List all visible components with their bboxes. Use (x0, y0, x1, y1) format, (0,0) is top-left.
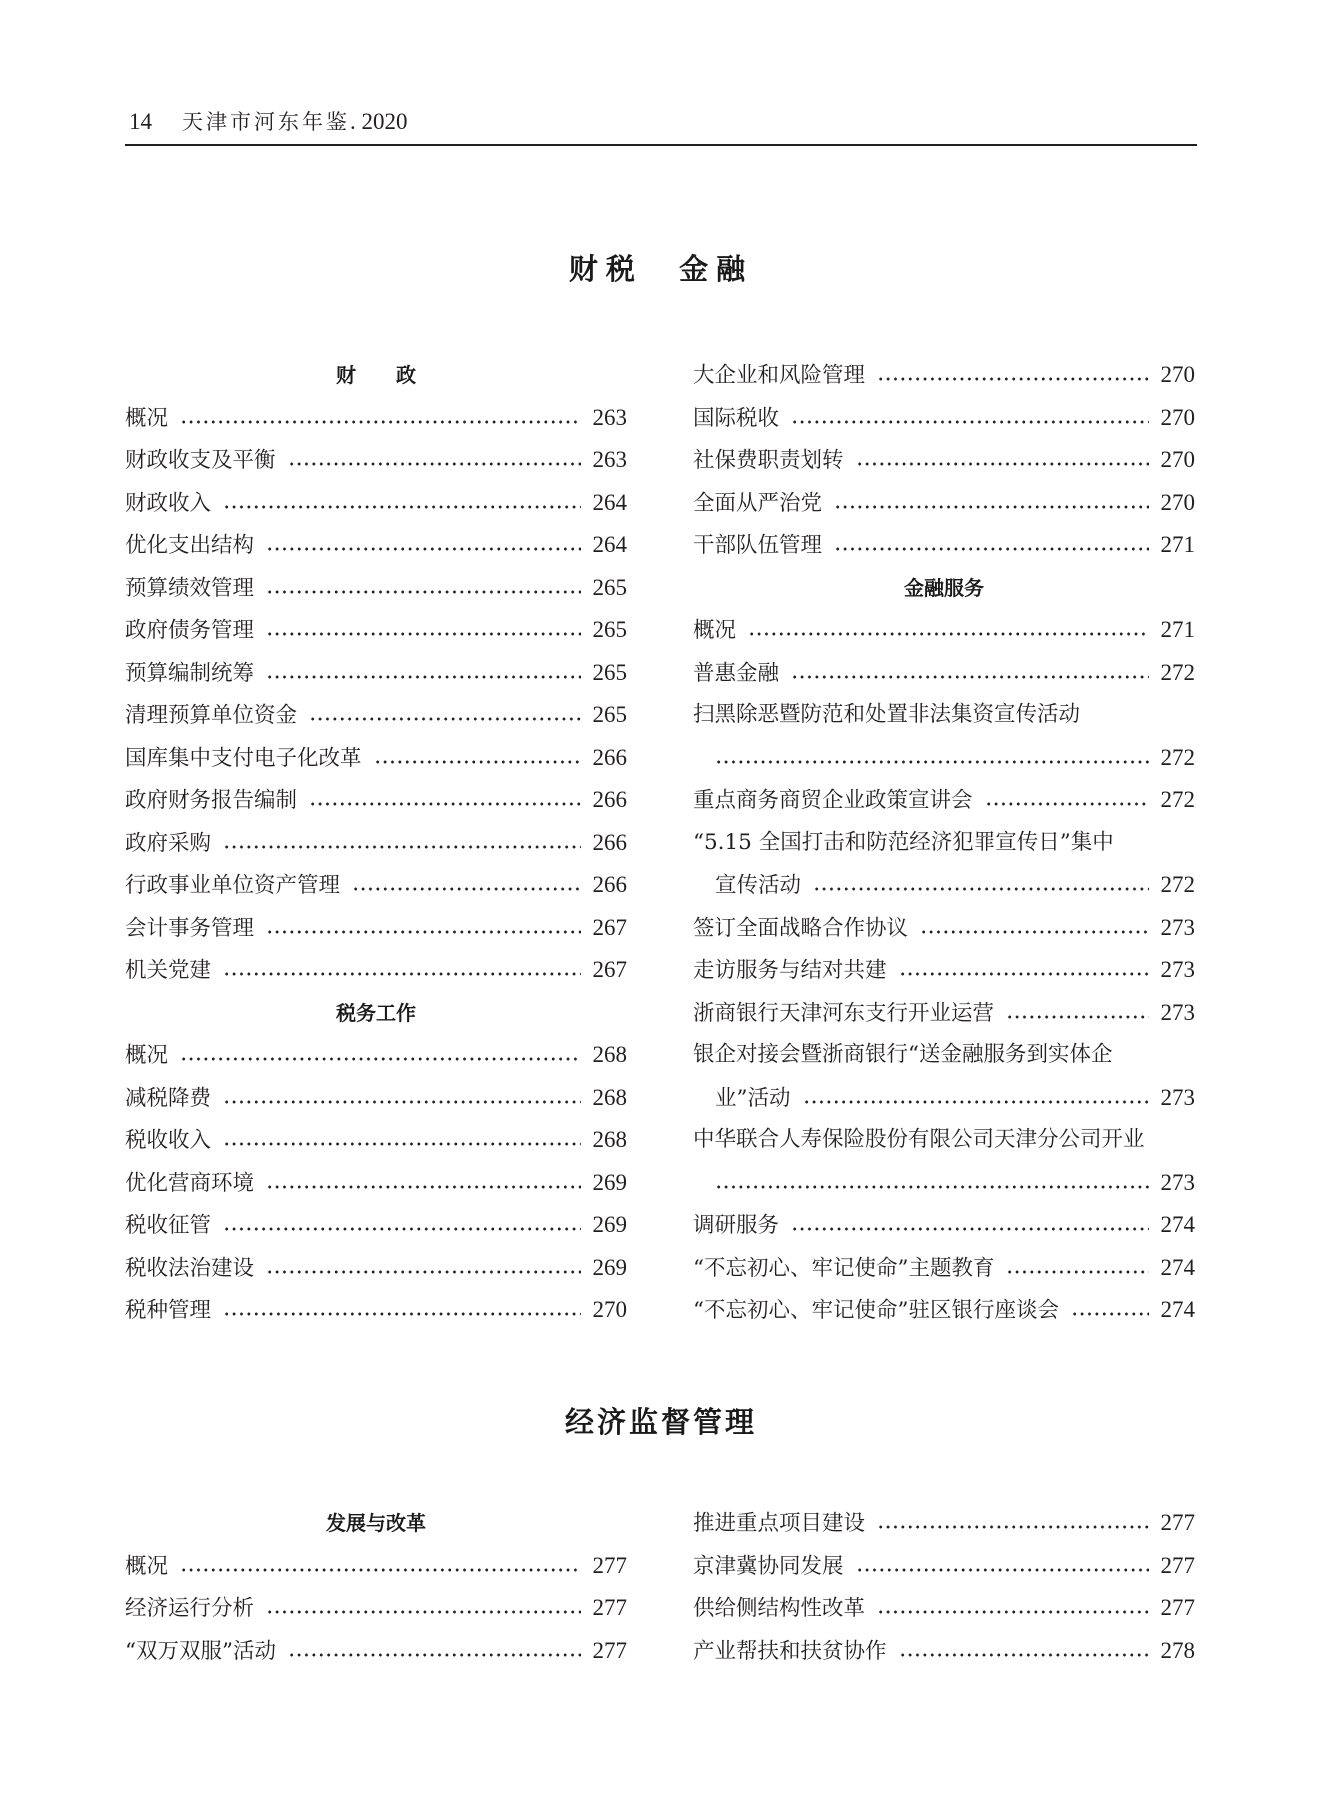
toc-entry-label: 社保费职责划转 (693, 440, 844, 483)
toc-entry[interactable]: 国际税收270 (693, 397, 1195, 440)
toc-entry-label: 机关党建 (125, 950, 211, 993)
toc-entry[interactable]: 走访服务与结对共建273 (693, 949, 1195, 992)
toc-page-number: 266 (591, 779, 627, 822)
toc-page-number: 274 (1159, 1204, 1195, 1247)
toc-page-number: 269 (591, 1204, 627, 1247)
toc-entry[interactable]: 概况263 (125, 397, 627, 440)
dot-leader (180, 1057, 581, 1061)
dot-leader (920, 930, 1149, 934)
dot-leader (266, 632, 581, 636)
toc-page-number: 273 (1159, 992, 1195, 1035)
toc-entry[interactable]: “双万双服”活动277 (125, 1630, 627, 1673)
section-heading: 金融服务 (693, 567, 1195, 610)
dot-leader (223, 1100, 581, 1104)
toc-entry-label: 清理预算单位资金 (125, 695, 297, 738)
toc-entry-label: 财政收入 (125, 483, 211, 526)
toc-page-number: 270 (1159, 354, 1195, 397)
toc-entry[interactable]: 优化营商环境269 (125, 1162, 627, 1205)
toc-entry-label: 税种管理 (125, 1290, 211, 1333)
dot-leader (715, 760, 1149, 764)
toc-entry[interactable]: 京津冀协同发展277 (693, 1545, 1195, 1588)
toc-page-number: 272 (1159, 864, 1195, 907)
toc-page-number: 266 (591, 737, 627, 780)
dot-leader (1006, 1270, 1149, 1274)
toc-page-number: 269 (591, 1162, 627, 1205)
toc-entry-label: 产业帮扶和扶贫协作 (693, 1631, 887, 1674)
toc-entry-label: “双万双服”活动 (125, 1631, 276, 1674)
toc-entry-label: 普惠金融 (693, 653, 779, 696)
toc-entry[interactable]: 大企业和风险管理270 (693, 354, 1195, 397)
page-number: 14 (129, 109, 152, 134)
toc-page-number: 270 (1159, 397, 1195, 440)
toc-entry[interactable]: 浙商银行天津河东支行开业运营273 (693, 992, 1195, 1035)
toc-column-right-economy: 推进重点项目建设277京津冀协同发展277供给侧结构性改革277产业帮扶和扶贫协… (693, 1502, 1195, 1672)
section-heading: 税务工作 (125, 992, 627, 1035)
dot-leader (223, 972, 581, 976)
toc-page-number: 273 (1159, 907, 1195, 950)
dot-leader (877, 377, 1149, 381)
toc-entry-label: 政府债务管理 (125, 610, 254, 653)
dot-leader (223, 505, 581, 509)
toc-entry-label: 行政事业单位资产管理 (125, 865, 340, 908)
dot-leader (985, 802, 1149, 806)
toc-entry[interactable]: “不忘初心、牢记使命”主题教育274 (693, 1247, 1195, 1290)
toc-entry-label: 税收收入 (125, 1120, 211, 1163)
toc-entry-label: 浙商银行天津河东支行开业运营 (693, 993, 994, 1036)
toc-entry-label: 重点商务商贸企业政策宣讲会 (693, 780, 973, 823)
toc-page-number: 264 (591, 524, 627, 567)
toc-entry-label: 国际税收 (693, 398, 779, 441)
toc-page-number: 267 (591, 949, 627, 992)
toc-entry-label: 优化支出结构 (125, 525, 254, 568)
toc-page-number: 265 (591, 609, 627, 652)
dot-leader (791, 1227, 1149, 1231)
toc-page-number: 278 (1159, 1630, 1195, 1673)
dot-leader (288, 1653, 581, 1657)
toc-entry-label: 全面从严治党 (693, 483, 822, 526)
toc-page-number: 274 (1159, 1289, 1195, 1332)
toc-entry[interactable]: 272 (693, 737, 1195, 780)
toc-entry[interactable]: 预算编制统筹265 (125, 652, 627, 695)
dot-leader (266, 547, 581, 551)
toc-entry[interactable]: 机关党建267 (125, 949, 627, 992)
toc-entry-label-line1[interactable]: 中华联合人寿保险股份有限公司天津分公司开业 (693, 1119, 1195, 1162)
toc-entry[interactable]: “不忘初心、牢记使命”驻区银行座谈会274 (693, 1289, 1195, 1332)
toc-entry[interactable]: 推进重点项目建设277 (693, 1502, 1195, 1545)
dot-leader (813, 887, 1149, 891)
toc-page-number: 273 (1159, 1077, 1195, 1120)
dot-leader (266, 930, 581, 934)
toc-entry[interactable]: 签订全面战略合作协议273 (693, 907, 1195, 950)
dot-leader (715, 1185, 1149, 1189)
toc-page-number: 277 (1159, 1502, 1195, 1545)
toc-entry-label: 减税降费 (125, 1078, 211, 1121)
toc-entry[interactable]: 全面从严治党270 (693, 482, 1195, 525)
toc-entry-label: 税收征管 (125, 1205, 211, 1248)
toc-page-number: 272 (1159, 737, 1195, 780)
toc-entry-label: 走访服务与结对共建 (693, 950, 887, 993)
toc-entry[interactable]: 政府债务管理265 (125, 609, 627, 652)
toc-entry[interactable]: 财政收入264 (125, 482, 627, 525)
toc-entry[interactable]: 经济运行分析277 (125, 1587, 627, 1630)
part-title-finance-tax: 财税 金融 (0, 247, 1322, 288)
toc-entry[interactable]: 国库集中支付电子化改革266 (125, 737, 627, 780)
toc-entry-label-line1[interactable]: 扫黑除恶暨防范和处置非法集资宣传活动 (693, 694, 1195, 737)
dot-leader (266, 1270, 581, 1274)
toc-entry-label: 干部队伍管理 (693, 525, 822, 568)
toc-entry[interactable]: 税种管理270 (125, 1289, 627, 1332)
toc-page-number: 274 (1159, 1247, 1195, 1290)
toc-page-number: 277 (1159, 1587, 1195, 1630)
toc-page-number: 272 (1159, 779, 1195, 822)
toc-entry-label: 调研服务 (693, 1205, 779, 1248)
dot-leader (352, 887, 581, 891)
toc-entry-label: 政府采购 (125, 823, 211, 866)
dot-leader (899, 1653, 1149, 1657)
toc-page-number: 265 (591, 652, 627, 695)
toc-entry-label: 京津冀协同发展 (693, 1546, 844, 1589)
dot-leader (266, 590, 581, 594)
dot-leader (288, 462, 581, 466)
toc-entry-label: 会计事务管理 (125, 908, 254, 951)
toc-entry-label: 预算绩效管理 (125, 568, 254, 611)
toc-entry[interactable]: 普惠金融272 (693, 652, 1195, 695)
toc-page-number: 268 (591, 1119, 627, 1162)
dot-leader (223, 845, 581, 849)
dot-leader (1071, 1312, 1149, 1316)
dot-leader (266, 1610, 581, 1614)
toc-page-number: 277 (591, 1630, 627, 1673)
toc-page-number: 263 (591, 397, 627, 440)
toc-page-number: 268 (591, 1034, 627, 1077)
toc-page-number: 271 (1159, 609, 1195, 652)
toc-entry-label: 宣传活动 (715, 865, 801, 908)
toc-page-number: 277 (591, 1545, 627, 1588)
book-title: 天津市河东年鉴 (182, 110, 350, 134)
dot-leader (309, 802, 581, 806)
dot-leader (1006, 1015, 1149, 1019)
toc-page-number: 267 (591, 907, 627, 950)
toc-column-left-economy: 发展与改革概况277经济运行分析277“双万双服”活动277 (125, 1502, 627, 1672)
toc-page-number: 266 (591, 864, 627, 907)
section-heading: 财政 (125, 354, 627, 397)
toc-entry-label: “不忘初心、牢记使命”主题教育 (693, 1248, 994, 1291)
toc-entry[interactable]: 行政事业单位资产管理266 (125, 864, 627, 907)
toc-entry-label-line1[interactable]: “5.15 全国打击和防范经济犯罪宣传日”集中 (693, 822, 1195, 865)
toc-page-number: 273 (1159, 949, 1195, 992)
dot-leader (899, 972, 1149, 976)
toc-entry-label: 业”活动 (715, 1078, 791, 1121)
toc-entry[interactable]: 重点商务商贸企业政策宣讲会272 (693, 779, 1195, 822)
toc-page-number: 272 (1159, 652, 1195, 695)
toc-entry[interactable]: 优化支出结构264 (125, 524, 627, 567)
toc-entry-label: 概况 (125, 1546, 168, 1589)
toc-column-right-finance: 大企业和风险管理270国际税收270社保费职责划转270全面从严治党270干部队… (693, 354, 1195, 1332)
toc-entry[interactable]: 财政收支及平衡263 (125, 439, 627, 482)
section-heading: 发展与改革 (125, 1502, 627, 1545)
dot-leader (309, 717, 581, 721)
toc-entry-label: 优化营商环境 (125, 1163, 254, 1206)
dot-leader (834, 547, 1149, 551)
toc-entry-label: 供给侧结构性改革 (693, 1588, 865, 1631)
toc-page-number: 270 (591, 1289, 627, 1332)
toc-page-number: 268 (591, 1077, 627, 1120)
toc-page-number: 273 (1159, 1162, 1195, 1205)
dot-leader (180, 420, 581, 424)
toc-entry[interactable]: 税收收入268 (125, 1119, 627, 1162)
toc-entry[interactable]: 清理预算单位资金265 (125, 694, 627, 737)
dot-leader (834, 505, 1149, 509)
toc-page-number: 271 (1159, 524, 1195, 567)
toc-entry[interactable]: 概况268 (125, 1034, 627, 1077)
toc-entry-label: 经济运行分析 (125, 1588, 254, 1631)
toc-entry[interactable]: 产业帮扶和扶贫协作278 (693, 1630, 1195, 1673)
toc-entry-label: 税收法治建设 (125, 1248, 254, 1291)
toc-entry-label: 国库集中支付电子化改革 (125, 738, 362, 781)
toc-entry[interactable]: 概况271 (693, 609, 1195, 652)
toc-entry-label: 推进重点项目建设 (693, 1503, 865, 1546)
dot-leader (791, 675, 1149, 679)
toc-entry-label-line1[interactable]: 银企对接会暨浙商银行“送金融服务到实体企 (693, 1034, 1195, 1077)
toc-entry[interactable]: 预算绩效管理265 (125, 567, 627, 610)
toc-entry-label: 签订全面战略合作协议 (693, 908, 908, 951)
dot-leader (856, 462, 1149, 466)
dot-leader (223, 1142, 581, 1146)
toc-entry[interactable]: 税收法治建设269 (125, 1247, 627, 1290)
toc-entry-label: 大企业和风险管理 (693, 355, 865, 398)
running-head: 14天津市河东年鉴. 2020 (125, 108, 1197, 146)
toc-page-number: 264 (591, 482, 627, 525)
dot-leader (266, 1185, 581, 1189)
dot-leader (180, 1568, 581, 1572)
toc-entry-label: 概况 (125, 398, 168, 441)
toc-entry[interactable]: 政府采购266 (125, 822, 627, 865)
book-year: . 2020 (350, 109, 408, 134)
dot-leader (374, 760, 581, 764)
dot-leader (223, 1312, 581, 1316)
toc-entry[interactable]: 社保费职责划转270 (693, 439, 1195, 482)
toc-entry-label: 概况 (693, 610, 736, 653)
dot-leader (223, 1227, 581, 1231)
toc-page-number: 269 (591, 1247, 627, 1290)
dot-leader (803, 1100, 1150, 1104)
toc-entry[interactable]: 税收征管269 (125, 1204, 627, 1247)
toc-entry-label: 政府财务报告编制 (125, 780, 297, 823)
toc-entry[interactable]: 调研服务274 (693, 1204, 1195, 1247)
toc-entry[interactable]: 减税降费268 (125, 1077, 627, 1120)
toc-entry[interactable]: 业”活动273 (693, 1077, 1195, 1120)
toc-page-number: 277 (1159, 1545, 1195, 1588)
dot-leader (266, 675, 581, 679)
toc-entry-label: 预算编制统筹 (125, 653, 254, 696)
toc-page-number: 265 (591, 567, 627, 610)
toc-page-number: 270 (1159, 482, 1195, 525)
dot-leader (791, 420, 1149, 424)
toc-page-number: 270 (1159, 439, 1195, 482)
toc-entry-label: 财政收支及平衡 (125, 440, 276, 483)
toc-entry[interactable]: 宣传活动272 (693, 864, 1195, 907)
toc-page-number: 277 (591, 1587, 627, 1630)
toc-column-left-finance: 财政概况263财政收支及平衡263财政收入264优化支出结构264预算绩效管理2… (125, 354, 627, 1332)
dot-leader (877, 1525, 1149, 1529)
toc-page-number: 263 (591, 439, 627, 482)
part-title-economic-supervision: 经济监督管理 (0, 1400, 1322, 1441)
toc-entry[interactable]: 273 (693, 1162, 1195, 1205)
toc-page-number: 266 (591, 822, 627, 865)
dot-leader (748, 632, 1149, 636)
dot-leader (877, 1610, 1149, 1614)
toc-entry[interactable]: 政府财务报告编制266 (125, 779, 627, 822)
toc-entry[interactable]: 概况277 (125, 1545, 627, 1588)
dot-leader (856, 1568, 1149, 1572)
toc-entry-label: 概况 (125, 1035, 168, 1078)
toc-entry[interactable]: 供给侧结构性改革277 (693, 1587, 1195, 1630)
toc-entry[interactable]: 干部队伍管理271 (693, 524, 1195, 567)
toc-entry-label: “不忘初心、牢记使命”驻区银行座谈会 (693, 1290, 1059, 1333)
toc-entry[interactable]: 会计事务管理267 (125, 907, 627, 950)
toc-page-number: 265 (591, 694, 627, 737)
